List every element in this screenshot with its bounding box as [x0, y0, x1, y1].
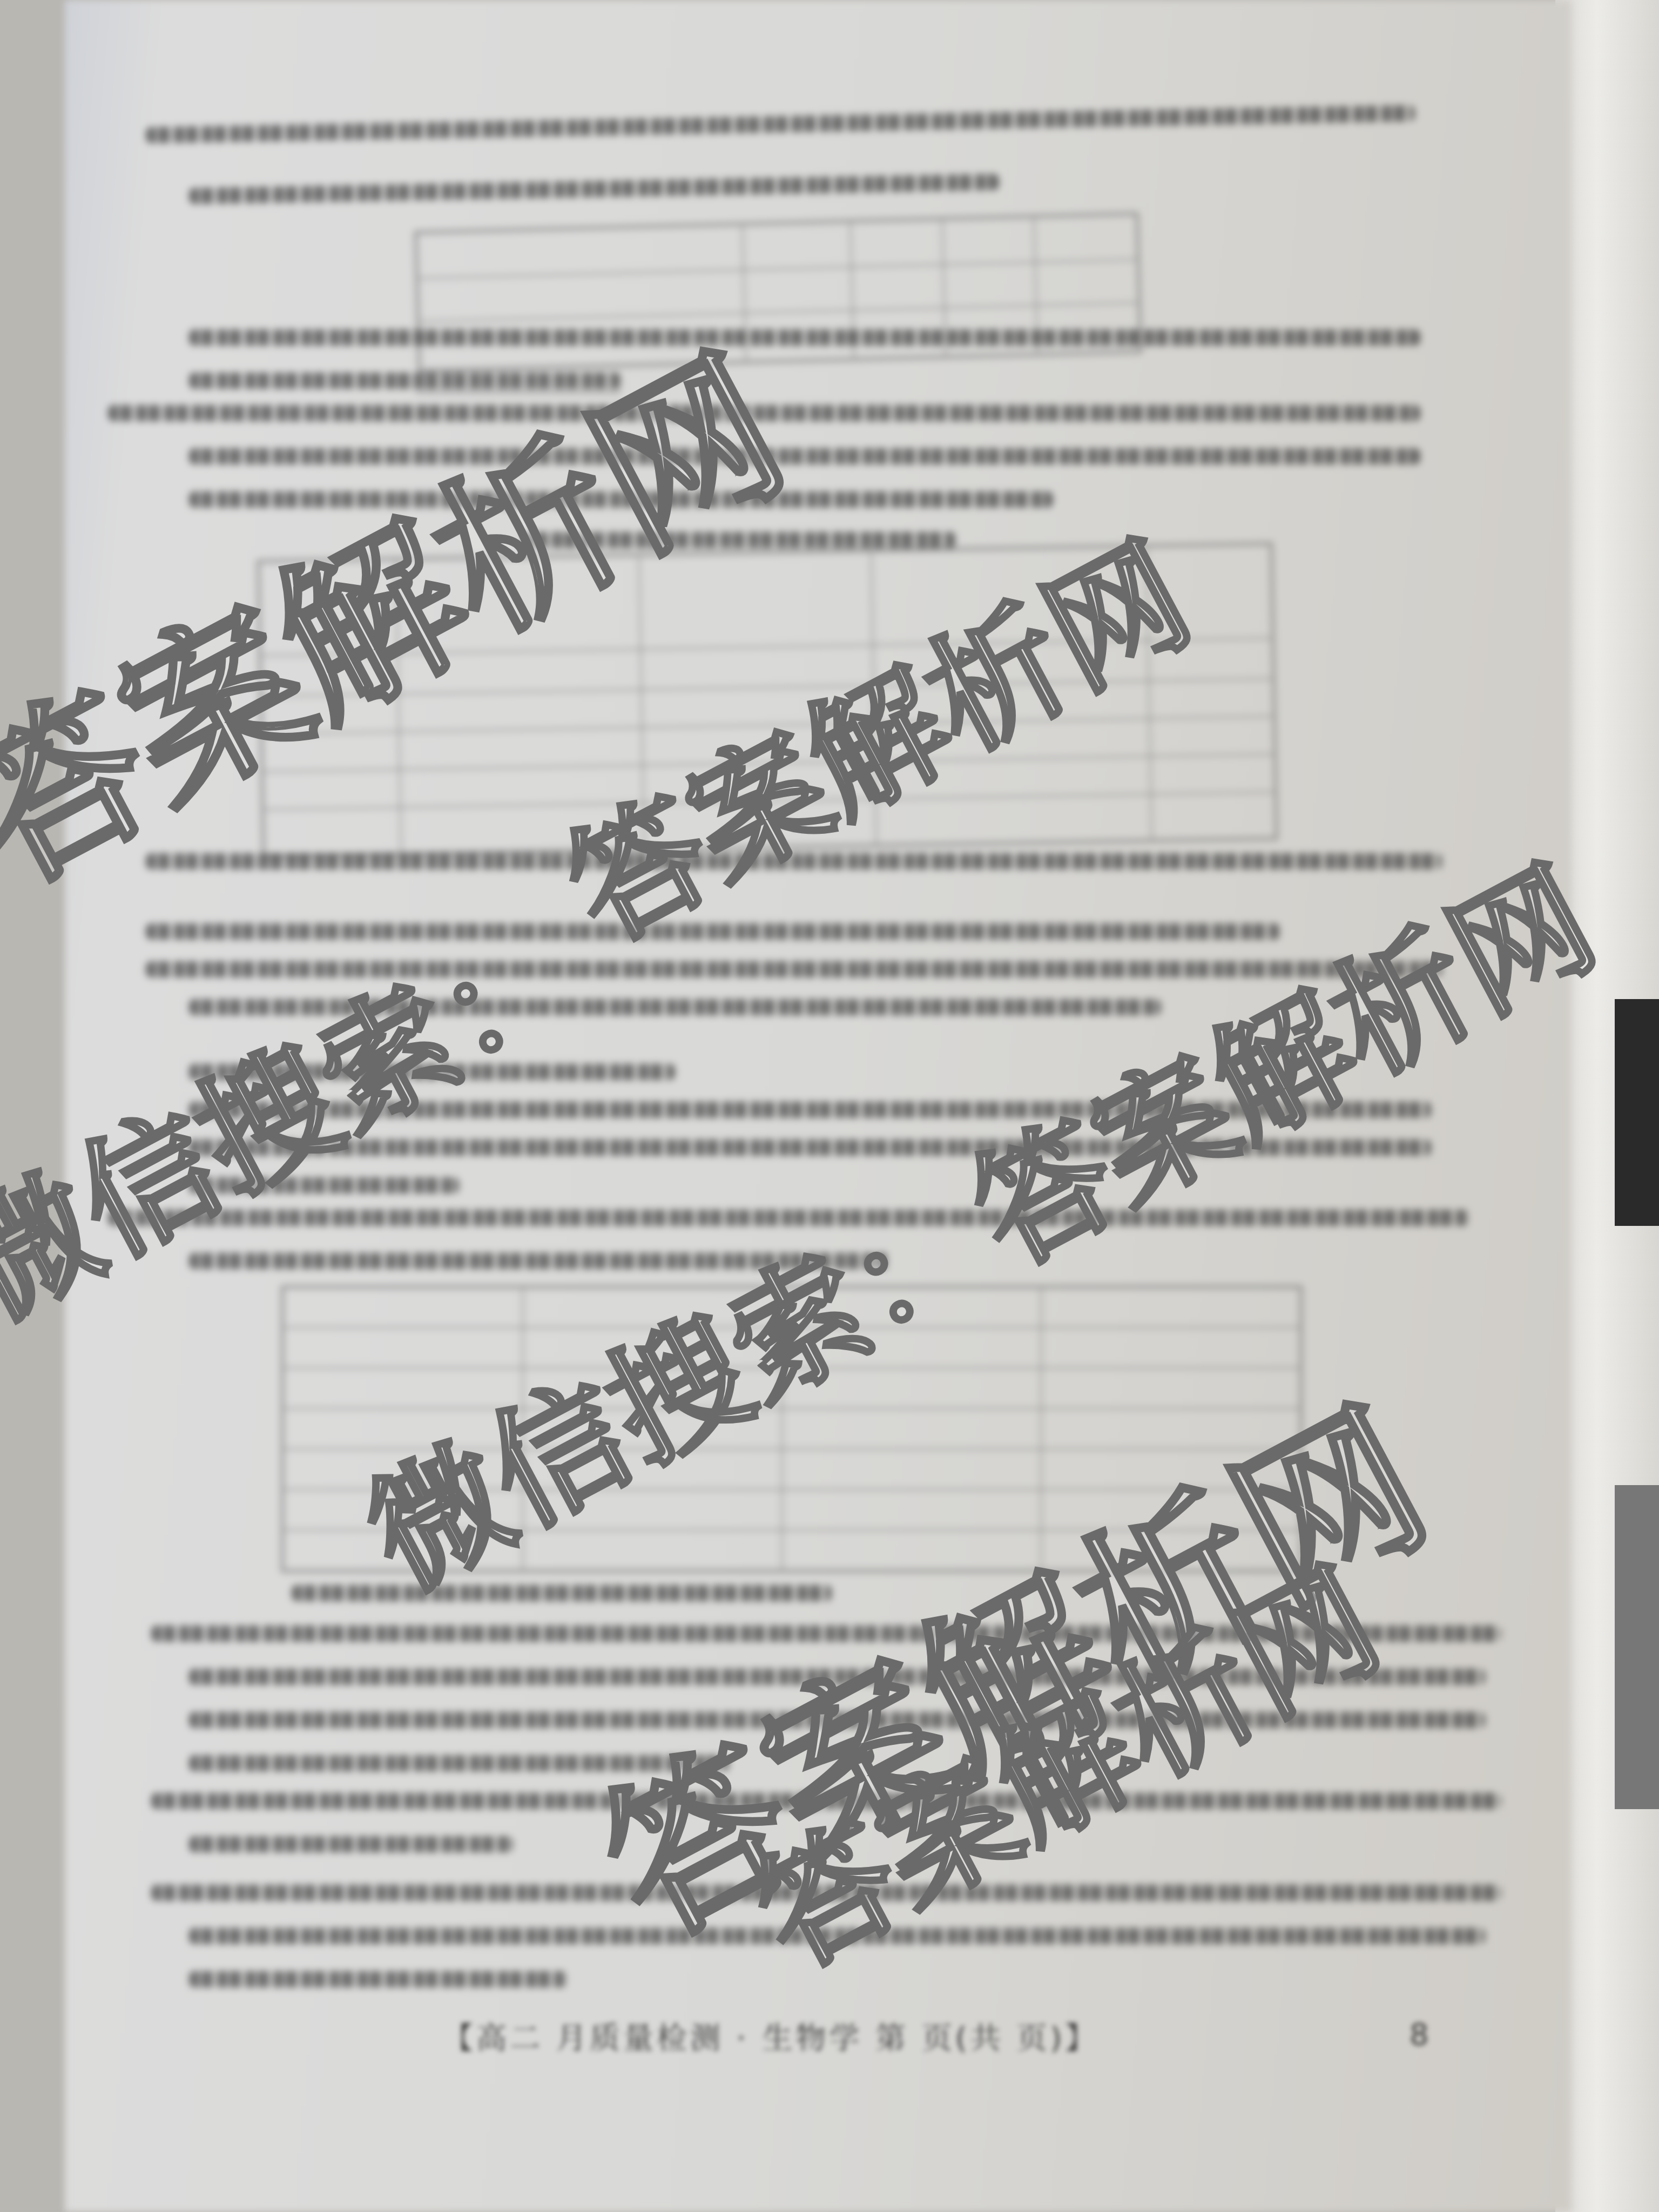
data-table-1 — [414, 212, 1142, 372]
text-line — [292, 1585, 832, 1601]
background-object — [1615, 999, 1659, 1226]
text-line — [146, 105, 1415, 143]
text-line — [189, 1971, 567, 1987]
text-line — [189, 174, 999, 204]
page-number: 8 — [1410, 2017, 1429, 2052]
background-object — [1615, 1485, 1659, 1809]
page-footer: 【高二 月质量检测 · 生物学 第 页(共 页)】 — [443, 2014, 1098, 2058]
text-line — [189, 1836, 513, 1852]
text-line — [189, 329, 1420, 346]
